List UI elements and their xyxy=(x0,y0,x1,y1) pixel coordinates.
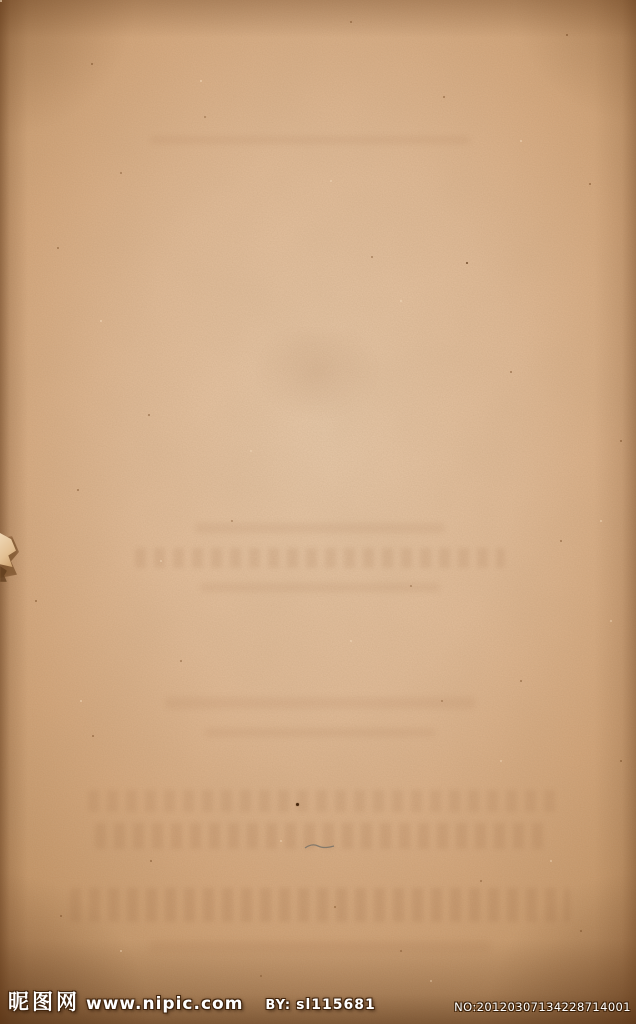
ink-spot xyxy=(296,803,299,806)
paper-surface xyxy=(0,0,636,1024)
aged-paper-photo: 昵图网 www.nipic.com BY: sl115681 NO:201203… xyxy=(0,0,636,1024)
light-specks xyxy=(0,0,2,2)
